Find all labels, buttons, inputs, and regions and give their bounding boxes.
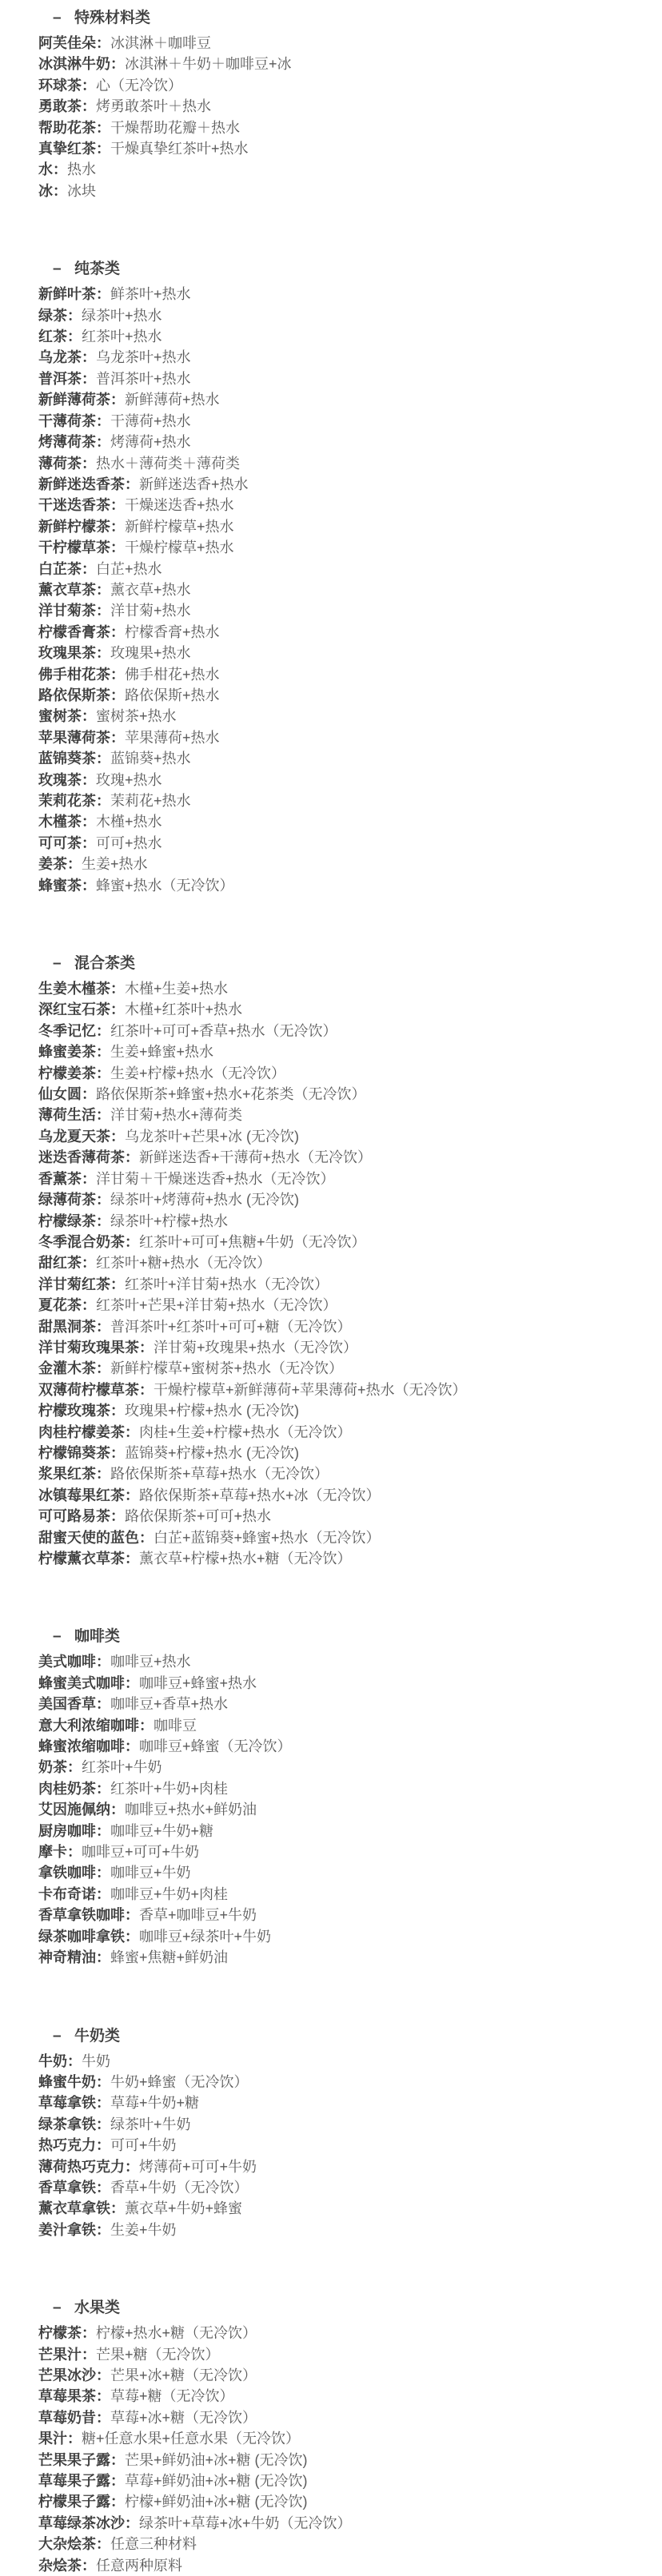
recipe-row: 新鲜叶茶：鲜茶叶+热水 [0, 284, 662, 305]
recipe-row: 冬季记忆：红茶叶+可可+香草+热水（无冷饮） [0, 1021, 662, 1041]
recipe-row: 蜜树茶：蜜树茶+热水 [0, 706, 662, 727]
recipe-ingredients: 香草+咖啡豆+牛奶 [139, 1907, 257, 1923]
recipe-ingredients: 路依保斯+热水 [125, 687, 220, 703]
recipe-section: –特殊材料类 阿芙佳朵：冰淇淋＋咖啡豆 冰淇淋牛奶：冰淇淋＋牛奶＋咖啡豆+冰 环… [0, 6, 662, 201]
recipe-row: 甜红茶：红茶叶+糖+热水（无冷饮） [0, 1252, 662, 1273]
recipe-row: 芒果果子露：芒果+鲜奶油+冰+糖 (无冷饮) [0, 2450, 662, 2470]
recipe-row: 芒果汁：芒果+糖（无冷饮） [0, 2344, 662, 2365]
recipe-ingredients: 冰淇淋＋牛奶＋咖啡豆+冰 [125, 56, 292, 72]
recipe-name: 热巧克力： [38, 2137, 110, 2153]
recipe-row: 神奇精油：蜂蜜+焦糖+鲜奶油 [0, 1947, 662, 1968]
recipe-name: 柠檬绿茶： [38, 1213, 110, 1229]
recipe-ingredients: 可可+牛奶 [110, 2137, 177, 2153]
recipe-ingredients: 咖啡豆+可可+牛奶 [82, 1844, 199, 1860]
recipe-row: 草莓奶昔：草莓+冰+糖（无冷饮） [0, 2407, 662, 2428]
recipe-name: 摩卡： [38, 1844, 82, 1860]
recipe-ingredients: 新鲜迷迭香+热水 [139, 476, 249, 492]
recipe-row: 香草拿铁咖啡：香草+咖啡豆+牛奶 [0, 1905, 662, 1925]
recipe-ingredients: 干燥帮助花瓣＋热水 [110, 120, 240, 136]
recipe-name: 草莓绿茶冰沙： [38, 2515, 139, 2531]
recipe-ingredients: 绿茶叶+烤薄荷+热水 (无冷饮) [110, 1192, 299, 1208]
recipe-name: 神奇精油： [38, 1949, 110, 1965]
section-title: 纯茶类 [74, 261, 120, 277]
recipe-row: 绿茶：绿茶叶+热水 [0, 305, 662, 326]
recipe-row: 新鲜薄荷茶：新鲜薄荷+热水 [0, 389, 662, 410]
recipe-row: 苹果薄荷茶：苹果薄荷+热水 [0, 727, 662, 748]
recipe-ingredients: 干燥迷迭香+热水 [125, 497, 234, 513]
recipe-ingredients: 咖啡豆+蜂蜜+热水 [139, 1675, 257, 1691]
recipe-name: 柠檬薰衣草茶： [38, 1551, 139, 1567]
recipe-name: 真挚红茶： [38, 141, 110, 157]
section-title: 牛奶类 [74, 2028, 120, 2044]
recipe-row: 柠檬绿茶：绿茶叶+柠檬+热水 [0, 1211, 662, 1232]
recipe-row: 薄荷生活：洋甘菊+热水+薄荷类 [0, 1105, 662, 1125]
recipe-ingredients: 红茶叶+热水 [82, 328, 162, 344]
recipe-ingredients: 冰淇淋＋咖啡豆 [110, 35, 211, 51]
section-header: –咖啡类 [0, 1625, 662, 1649]
recipe-row: 甜蜜天使的蓝色：白芷+蓝锦葵+蜂蜜+热水（无冷饮） [0, 1527, 662, 1548]
recipe-name: 蜂蜜姜茶： [38, 1044, 110, 1060]
recipe-row: 环球茶：心（无冷饮） [0, 75, 662, 96]
recipe-row: 肉桂柠檬姜茶：肉桂+生姜+柠檬+热水（无冷饮） [0, 1422, 662, 1443]
recipe-name: 勇敢茶： [38, 98, 96, 114]
recipe-row: 大杂烩茶：任意三种材料 [0, 2534, 662, 2554]
recipe-ingredients: 薰衣草+热水 [110, 582, 191, 598]
recipe-name: 玫瑰果茶： [38, 645, 110, 661]
recipe-row: 乌龙夏天茶：乌龙茶叶+芒果+冰 (无冷饮) [0, 1126, 662, 1147]
recipe-name: 艾因施佩纳： [38, 1802, 125, 1818]
recipe-row: 拿铁咖啡：咖啡豆+牛奶 [0, 1862, 662, 1883]
recipe-ingredients: 新鲜柠檬草+蜜树茶+热水（无冷饮） [110, 1360, 343, 1376]
recipe-document: –特殊材料类 阿芙佳朵：冰淇淋＋咖啡豆 冰淇淋牛奶：冰淇淋＋牛奶＋咖啡豆+冰 环… [0, 0, 662, 2576]
recipe-row: 洋甘菊茶：洋甘菊+热水 [0, 600, 662, 621]
recipe-row: 夏花茶：红茶叶+芒果+洋甘菊+热水（无冷饮） [0, 1295, 662, 1316]
recipe-ingredients: 柠檬+鲜奶油+冰+糖 (无冷饮) [125, 2494, 308, 2510]
recipe-name: 冰淇淋牛奶： [38, 56, 125, 72]
recipe-row: 仙女圆：路依保斯茶+蜂蜜+热水+花茶类（无冷饮） [0, 1084, 662, 1105]
recipe-name: 杂烩茶： [38, 2558, 96, 2574]
recipe-ingredients: 牛奶 [82, 2053, 110, 2069]
recipe-name: 玫瑰茶： [38, 772, 96, 788]
recipe-name: 草莓果子露： [38, 2473, 125, 2489]
recipe-section: –水果类 柠檬茶：柠檬+热水+糖（无冷饮） 芒果汁：芒果+糖（无冷饮） 芒果冰沙… [0, 2296, 662, 2576]
recipe-name: 大杂烩茶： [38, 2536, 110, 2552]
recipe-ingredients: 白芷+热水 [96, 561, 162, 577]
recipe-ingredients: 生姜+蜂蜜+热水 [110, 1044, 213, 1060]
recipe-name: 草莓拿铁： [38, 2095, 110, 2111]
section-items: 牛奶：牛奶 蜂蜜牛奶：牛奶+蜂蜜（无冷饮） 草莓拿铁：草莓+牛奶+糖 绿茶拿铁：… [0, 2051, 662, 2241]
recipe-name: 牛奶： [38, 2053, 82, 2069]
recipe-ingredients: 木槿+红茶叶+热水 [125, 1001, 242, 1017]
recipe-row: 草莓拿铁：草莓+牛奶+糖 [0, 2092, 662, 2113]
recipe-name: 苹果薄荷茶： [38, 730, 125, 746]
recipe-name: 乌龙夏天茶： [38, 1129, 125, 1145]
recipe-row: 芒果冰沙：芒果+冰+糖（无冷饮） [0, 2365, 662, 2386]
recipe-name: 薄荷茶： [38, 456, 96, 472]
recipe-row: 干柠檬草茶：干燥柠檬草+热水 [0, 537, 662, 558]
recipe-name: 新鲜柠檬茶： [38, 519, 125, 535]
recipe-name: 干薄荷茶： [38, 413, 110, 429]
section-header: –纯茶类 [0, 257, 662, 281]
recipe-ingredients: 红茶叶+可可+香草+热水（无冷饮） [110, 1023, 337, 1039]
recipe-row: 蜂蜜姜茶：生姜+蜂蜜+热水 [0, 1041, 662, 1062]
recipe-row: 草莓果子露：草莓+鲜奶油+冰+糖 (无冷饮) [0, 2470, 662, 2491]
recipe-name: 甜红茶： [38, 1255, 96, 1271]
recipe-row: 勇敢茶：烤勇敢茶叶＋热水 [0, 96, 662, 117]
recipe-name: 新鲜叶茶： [38, 286, 110, 302]
section-header: –水果类 [0, 2296, 662, 2320]
recipe-name: 芒果汁： [38, 2347, 96, 2363]
recipe-row: 摩卡：咖啡豆+可可+牛奶 [0, 1841, 662, 1862]
section-items: 柠檬茶：柠檬+热水+糖（无冷饮） 芒果汁：芒果+糖（无冷饮） 芒果冰沙：芒果+冰… [0, 2323, 662, 2576]
section-bullet-dash: – [53, 2025, 74, 2048]
recipe-ingredients: 香草+牛奶（无冷饮） [110, 2180, 249, 2196]
recipe-name: 香草拿铁： [38, 2180, 110, 2196]
recipe-ingredients: 任意三种材料 [110, 2536, 197, 2552]
recipe-row: 美国香草：咖啡豆+香草+热水 [0, 1694, 662, 1714]
recipe-row: 柠檬姜茶：生姜+柠檬+热水（无冷饮） [0, 1063, 662, 1084]
recipe-row: 蜂蜜牛奶：牛奶+蜂蜜（无冷饮） [0, 2072, 662, 2092]
section-bullet-dash: – [53, 952, 74, 976]
recipe-ingredients: 烤薄荷+可可+牛奶 [139, 2159, 257, 2175]
recipe-ingredients: 普洱茶叶+红茶叶+可可+糖（无冷饮） [110, 1319, 352, 1335]
recipe-row: 绿茶拿铁：绿茶叶+牛奶 [0, 2114, 662, 2135]
recipe-row: 茉莉花茶：茉莉花+热水 [0, 790, 662, 811]
recipe-ingredients: 乌龙茶叶+芒果+冰 (无冷饮) [125, 1129, 299, 1145]
recipe-ingredients: 牛奶+蜂蜜（无冷饮） [110, 2074, 249, 2090]
recipe-name: 迷迭香薄荷茶： [38, 1149, 139, 1165]
recipe-row: 真挚红茶：干燥真挚红茶叶+热水 [0, 138, 662, 159]
recipe-name: 香薰茶： [38, 1171, 96, 1187]
recipe-row: 牛奶：牛奶 [0, 2051, 662, 2072]
recipe-name: 白芷茶： [38, 561, 96, 577]
recipe-ingredients: 烤薄荷+热水 [110, 434, 191, 450]
recipe-name: 新鲜迷迭香茶： [38, 476, 139, 492]
recipe-row: 蜂蜜美式咖啡：咖啡豆+蜂蜜+热水 [0, 1673, 662, 1694]
recipe-list: –特殊材料类 阿芙佳朵：冰淇淋＋咖啡豆 冰淇淋牛奶：冰淇淋＋牛奶＋咖啡豆+冰 环… [0, 6, 662, 2576]
recipe-name: 金灌木茶： [38, 1360, 110, 1376]
recipe-ingredients: 薰衣草+牛奶+蜂蜜 [125, 2200, 242, 2216]
recipe-ingredients: 佛手柑花+热水 [125, 667, 220, 683]
recipe-row: 可可茶：可可+热水 [0, 833, 662, 854]
recipe-name: 生姜木槿茶： [38, 981, 125, 997]
recipe-ingredients: 芒果+鲜奶油+冰+糖 (无冷饮) [125, 2452, 308, 2468]
section-header: –牛奶类 [0, 2025, 662, 2048]
recipe-ingredients: 红茶叶+可可+焦糖+牛奶（无冷饮） [139, 1234, 366, 1250]
section-title: 水果类 [74, 2299, 120, 2316]
recipe-ingredients: 洋甘菊+玫瑰果+热水（无冷饮） [154, 1340, 357, 1356]
section-title: 特殊材料类 [74, 10, 150, 26]
recipe-section: –混合茶类 生姜木槿茶：木槿+生姜+热水 深红宝石茶：木槿+红茶叶+热水 冬季记… [0, 952, 662, 1569]
recipe-ingredients: 干燥真挚红茶叶+热水 [110, 141, 249, 157]
recipe-row: 冰：冰块 [0, 181, 662, 201]
recipe-ingredients: 干薄荷+热水 [110, 413, 191, 429]
recipe-ingredients: 普洱茶叶+热水 [96, 371, 191, 387]
recipe-ingredients: 草莓+冰+糖（无冷饮） [110, 2410, 257, 2426]
recipe-row: 姜茶：生姜+热水 [0, 854, 662, 874]
recipe-name: 干迷迭香茶： [38, 497, 125, 513]
recipe-row: 肉桂奶茶：红茶叶+牛奶+肉桂 [0, 1778, 662, 1799]
recipe-ingredients: 肉桂+生姜+柠檬+热水（无冷饮） [139, 1424, 352, 1440]
recipe-row: 果汁：糖+任意水果+任意水果（无冷饮） [0, 2428, 662, 2449]
recipe-ingredients: 咖啡豆+牛奶 [110, 1865, 191, 1881]
recipe-row: 蜂蜜茶：蜂蜜+热水（无冷饮） [0, 875, 662, 896]
section-title: 混合茶类 [74, 955, 135, 972]
recipe-name: 奶茶： [38, 1759, 82, 1775]
recipe-row: 木槿茶：木槿+热水 [0, 811, 662, 832]
section-bullet-dash: – [53, 1625, 74, 1649]
recipe-name: 姜茶： [38, 856, 82, 872]
recipe-row: 佛手柑花茶：佛手柑花+热水 [0, 664, 662, 685]
recipe-name: 水： [38, 161, 67, 177]
recipe-ingredients: 咖啡豆+绿茶叶+牛奶 [139, 1929, 271, 1945]
recipe-name: 洋甘菊茶： [38, 603, 110, 619]
recipe-ingredients: 洋甘菊+热水 [110, 603, 191, 619]
recipe-ingredients: 咖啡豆+蜂蜜（无冷饮） [139, 1738, 292, 1754]
recipe-row: 薄荷热巧克力：烤薄荷+可可+牛奶 [0, 2156, 662, 2177]
recipe-row: 蓝锦葵茶：蓝锦葵+热水 [0, 748, 662, 769]
recipe-row: 柠檬香膏茶：柠檬香膏+热水 [0, 622, 662, 643]
recipe-ingredients: 干燥柠檬草+热水 [125, 539, 234, 555]
recipe-ingredients: 红茶叶+牛奶 [82, 1759, 162, 1775]
recipe-row: 杂烩茶：任意两种原料 [0, 2555, 662, 2576]
recipe-name: 乌龙茶： [38, 349, 96, 365]
recipe-row: 红茶：红茶叶+热水 [0, 326, 662, 347]
recipe-ingredients: 红茶叶+芒果+洋甘菊+热水（无冷饮） [96, 1297, 337, 1313]
recipe-name: 甜黑洞茶： [38, 1319, 110, 1335]
recipe-ingredients: 烤勇敢茶叶＋热水 [96, 98, 211, 114]
recipe-ingredients: 芒果+冰+糖（无冷饮） [110, 2367, 257, 2383]
recipe-ingredients: 红茶叶+牛奶+肉桂 [110, 1781, 228, 1797]
recipe-name: 佛手柑花茶： [38, 667, 125, 683]
recipe-name: 甜蜜天使的蓝色： [38, 1530, 154, 1546]
recipe-name: 美式咖啡： [38, 1654, 110, 1670]
recipe-row: 艾因施佩纳：咖啡豆+热水+鲜奶油 [0, 1799, 662, 1820]
recipe-ingredients: 红茶叶+洋甘菊+热水（无冷饮） [125, 1276, 329, 1292]
recipe-ingredients: 心（无冷饮） [96, 78, 182, 94]
recipe-ingredients: 草莓+牛奶+糖 [110, 2095, 199, 2111]
recipe-row: 洋甘菊玫瑰果茶：洋甘菊+玫瑰果+热水（无冷饮） [0, 1337, 662, 1358]
recipe-name: 深红宝石茶： [38, 1001, 125, 1017]
recipe-row: 干迷迭香茶：干燥迷迭香+热水 [0, 495, 662, 516]
recipe-row: 热巧克力：可可+牛奶 [0, 2135, 662, 2156]
recipe-name: 柠檬香膏茶： [38, 624, 125, 640]
recipe-ingredients: 白芷+蓝锦葵+蜂蜜+热水（无冷饮） [154, 1530, 381, 1546]
recipe-ingredients: 咖啡豆+牛奶+肉桂 [110, 1886, 228, 1902]
section-items: 生姜木槿茶：木槿+生姜+热水 深红宝石茶：木槿+红茶叶+热水 冬季记忆：红茶叶+… [0, 978, 662, 1569]
recipe-row: 金灌木茶：新鲜柠檬草+蜜树茶+热水（无冷饮） [0, 1358, 662, 1379]
recipe-ingredients: 路依保斯茶+可可+热水 [125, 1508, 271, 1524]
recipe-ingredients: 冰块 [67, 183, 96, 199]
recipe-ingredients: 蜂蜜+焦糖+鲜奶油 [110, 1949, 228, 1965]
recipe-row: 奶茶：红茶叶+牛奶 [0, 1757, 662, 1778]
recipe-name: 蜜树茶： [38, 708, 96, 724]
recipe-ingredients: 玫瑰果+热水 [110, 645, 191, 661]
recipe-row: 薄荷茶：热水＋薄荷类＋薄荷类 [0, 453, 662, 474]
recipe-row: 迷迭香薄荷茶：新鲜迷迭香+干薄荷+热水（无冷饮） [0, 1147, 662, 1168]
recipe-name: 绿茶拿铁： [38, 2116, 110, 2132]
recipe-row: 草莓绿茶冰沙：绿茶叶+草莓+冰+牛奶（无冷饮） [0, 2513, 662, 2534]
recipe-row: 阿芙佳朵：冰淇淋＋咖啡豆 [0, 33, 662, 54]
recipe-name: 柠檬茶： [38, 2325, 96, 2341]
recipe-row: 薰衣草茶：薰衣草+热水 [0, 579, 662, 600]
recipe-name: 冰镇莓果红茶： [38, 1487, 139, 1503]
recipe-ingredients: 绿茶叶+草莓+冰+牛奶（无冷饮） [139, 2515, 352, 2531]
recipe-row: 烤薄荷茶：烤薄荷+热水 [0, 432, 662, 452]
recipe-ingredients: 玫瑰+热水 [96, 772, 162, 788]
recipe-ingredients: 玫瑰果+柠檬+热水 (无冷饮) [125, 1403, 299, 1419]
recipe-name: 蜂蜜牛奶： [38, 2074, 110, 2090]
recipe-ingredients: 蜂蜜+热水（无冷饮） [96, 878, 234, 894]
recipe-row: 乌龙茶：乌龙茶叶+热水 [0, 347, 662, 368]
recipe-row: 蜂蜜浓缩咖啡：咖啡豆+蜂蜜（无冷饮） [0, 1736, 662, 1757]
recipe-ingredients: 绿茶叶+柠檬+热水 [110, 1213, 228, 1229]
recipe-name: 薰衣草拿铁： [38, 2200, 125, 2216]
recipe-name: 新鲜薄荷茶： [38, 392, 125, 408]
recipe-ingredients: 草莓+鲜奶油+冰+糖 (无冷饮) [125, 2473, 308, 2489]
recipe-row: 帮助花茶：干燥帮助花瓣＋热水 [0, 117, 662, 138]
recipe-name: 干柠檬草茶： [38, 539, 125, 555]
section-items: 阿芙佳朵：冰淇淋＋咖啡豆 冰淇淋牛奶：冰淇淋＋牛奶＋咖啡豆+冰 环球茶：心（无冷… [0, 33, 662, 201]
recipe-row: 玫瑰茶：玫瑰+热水 [0, 770, 662, 790]
section-bullet-dash: – [53, 6, 74, 30]
recipe-name: 绿薄荷茶： [38, 1192, 110, 1208]
section-items: 美式咖啡：咖啡豆+热水 蜂蜜美式咖啡：咖啡豆+蜂蜜+热水 美国香草：咖啡豆+香草… [0, 1651, 662, 1968]
recipe-name: 冬季记忆： [38, 1023, 110, 1039]
recipe-row: 新鲜柠檬茶：新鲜柠檬草+热水 [0, 516, 662, 537]
recipe-name: 茉莉花茶： [38, 793, 110, 809]
recipe-name: 薄荷生活： [38, 1107, 110, 1123]
recipe-section: –牛奶类 牛奶：牛奶 蜂蜜牛奶：牛奶+蜂蜜（无冷饮） 草莓拿铁：草莓+牛奶+糖 … [0, 2025, 662, 2241]
recipe-name: 红茶： [38, 328, 82, 344]
recipe-name: 意大利浓缩咖啡： [38, 1718, 154, 1734]
recipe-ingredients: 茉莉花+热水 [110, 793, 191, 809]
recipe-ingredients: 木槿+热水 [96, 814, 162, 830]
recipe-name: 绿茶： [38, 308, 82, 324]
recipe-ingredients: 咖啡豆+香草+热水 [110, 1696, 228, 1712]
recipe-ingredients: 咖啡豆+热水 [110, 1654, 191, 1670]
recipe-name: 姜汁拿铁： [38, 2222, 110, 2238]
recipe-name: 草莓果茶： [38, 2388, 110, 2404]
recipe-row: 绿茶咖啡拿铁：咖啡豆+绿茶叶+牛奶 [0, 1926, 662, 1947]
section-bullet-dash: – [53, 257, 74, 281]
recipe-name: 可可路易茶： [38, 1508, 125, 1524]
recipe-ingredients: 绿茶叶+牛奶 [110, 2116, 191, 2132]
section-title: 咖啡类 [74, 1628, 120, 1645]
recipe-ingredients: 苹果薄荷+热水 [125, 730, 220, 746]
recipe-name: 蜂蜜美式咖啡： [38, 1675, 139, 1691]
recipe-row: 玫瑰果茶：玫瑰果+热水 [0, 643, 662, 663]
recipe-ingredients: 生姜+柠檬+热水（无冷饮） [110, 1065, 285, 1081]
recipe-ingredients: 任意两种原料 [96, 2558, 182, 2574]
recipe-name: 厨房咖啡： [38, 1823, 110, 1839]
recipe-row: 生姜木槿茶：木槿+生姜+热水 [0, 978, 662, 999]
recipe-name: 可可茶： [38, 835, 96, 851]
recipe-name: 蓝锦葵茶： [38, 751, 110, 766]
recipe-ingredients: 新鲜薄荷+热水 [125, 392, 220, 408]
recipe-row: 路依保斯茶：路依保斯+热水 [0, 685, 662, 706]
recipe-ingredients: 鲜茶叶+热水 [110, 286, 191, 302]
recipe-name: 帮助花茶： [38, 120, 110, 136]
section-bullet-dash: – [53, 2296, 74, 2320]
recipe-ingredients: 柠檬香膏+热水 [125, 624, 220, 640]
recipe-row: 柠檬薰衣草茶：薰衣草+柠檬+热水+糖（无冷饮） [0, 1548, 662, 1569]
recipe-name: 果汁： [38, 2431, 82, 2447]
recipe-ingredients: 咖啡豆+牛奶+糖 [110, 1823, 213, 1839]
recipe-row: 绿薄荷茶：绿茶叶+烤薄荷+热水 (无冷饮) [0, 1189, 662, 1210]
recipe-row: 甜黑洞茶：普洱茶叶+红茶叶+可可+糖（无冷饮） [0, 1316, 662, 1337]
section-header: –混合茶类 [0, 952, 662, 976]
recipe-ingredients: 热水 [67, 161, 96, 177]
recipe-name: 蜂蜜茶： [38, 878, 96, 894]
recipe-name: 阿芙佳朵： [38, 35, 110, 51]
recipe-ingredients: 芒果+糖（无冷饮） [96, 2347, 220, 2363]
recipe-ingredients: 干燥柠檬草+新鲜薄荷+苹果薄荷+热水（无冷饮） [154, 1382, 467, 1398]
recipe-ingredients: 新鲜迷迭香+干薄荷+热水（无冷饮） [139, 1149, 372, 1165]
recipe-ingredients: 红茶叶+糖+热水（无冷饮） [96, 1255, 271, 1271]
recipe-name: 普洱茶： [38, 371, 96, 387]
recipe-row: 冬季混合奶茶：红茶叶+可可+焦糖+牛奶（无冷饮） [0, 1232, 662, 1252]
recipe-ingredients: 绿茶叶+热水 [82, 308, 162, 324]
recipe-row: 柠檬茶：柠檬+热水+糖（无冷饮） [0, 2323, 662, 2343]
recipe-ingredients: 乌龙茶叶+热水 [96, 349, 191, 365]
recipe-name: 柠檬锦葵茶： [38, 1445, 125, 1461]
recipe-name: 木槿茶： [38, 814, 96, 830]
recipe-name: 绿茶咖啡拿铁： [38, 1929, 139, 1945]
recipe-name: 美国香草： [38, 1696, 110, 1712]
recipe-row: 干薄荷茶：干薄荷+热水 [0, 411, 662, 432]
recipe-name: 洋甘菊红茶： [38, 1276, 125, 1292]
recipe-row: 意大利浓缩咖啡：咖啡豆 [0, 1715, 662, 1736]
recipe-row: 柠檬锦葵茶：蓝锦葵+柠檬+热水 (无冷饮) [0, 1443, 662, 1463]
recipe-name: 双薄荷柠檬草茶： [38, 1382, 154, 1398]
recipe-row: 双薄荷柠檬草茶：干燥柠檬草+新鲜薄荷+苹果薄荷+热水（无冷饮） [0, 1380, 662, 1400]
recipe-row: 姜汁拿铁：生姜+牛奶 [0, 2220, 662, 2240]
recipe-name: 芒果冰沙： [38, 2367, 110, 2383]
recipe-name: 芒果果子露： [38, 2452, 125, 2468]
recipe-row: 厨房咖啡：咖啡豆+牛奶+糖 [0, 1821, 662, 1841]
recipe-row: 洋甘菊红茶：红茶叶+洋甘菊+热水（无冷饮） [0, 1274, 662, 1295]
recipe-ingredients: 咖啡豆+热水+鲜奶油 [125, 1802, 257, 1818]
recipe-row: 深红宝石茶：木槿+红茶叶+热水 [0, 999, 662, 1020]
recipe-row: 柠檬果子露：柠檬+鲜奶油+冰+糖 (无冷饮) [0, 2491, 662, 2512]
section-header: –特殊材料类 [0, 6, 662, 30]
recipe-ingredients: 木槿+生姜+热水 [125, 981, 228, 997]
recipe-ingredients: 草莓+糖（无冷饮） [110, 2388, 234, 2404]
recipe-ingredients: 糖+任意水果+任意水果（无冷饮） [82, 2431, 300, 2447]
recipe-ingredients: 路依保斯茶+草莓+热水+冰（无冷饮） [139, 1487, 381, 1503]
recipe-name: 仙女圆： [38, 1086, 96, 1102]
recipe-name: 浆果红茶： [38, 1466, 110, 1482]
recipe-ingredients: 新鲜柠檬草+热水 [125, 519, 234, 535]
recipe-row: 香草拿铁：香草+牛奶（无冷饮） [0, 2177, 662, 2198]
recipe-row: 普洱茶：普洱茶叶+热水 [0, 368, 662, 389]
recipe-row: 卡布奇诺：咖啡豆+牛奶+肉桂 [0, 1884, 662, 1905]
recipe-name: 夏花茶： [38, 1297, 96, 1313]
recipe-ingredients: 柠檬+热水+糖（无冷饮） [96, 2325, 257, 2341]
section-items: 新鲜叶茶：鲜茶叶+热水 绿茶：绿茶叶+热水 红茶：红茶叶+热水 乌龙茶：乌龙茶叶… [0, 284, 662, 896]
recipe-ingredients: 路依保斯茶+草莓+热水（无冷饮） [110, 1466, 329, 1482]
recipe-section: –纯茶类 新鲜叶茶：鲜茶叶+热水 绿茶：绿茶叶+热水 红茶：红茶叶+热水 乌龙茶… [0, 257, 662, 896]
recipe-name: 肉桂奶茶： [38, 1781, 110, 1797]
recipe-row: 浆果红茶：路依保斯茶+草莓+热水（无冷饮） [0, 1463, 662, 1484]
recipe-row: 白芷茶：白芷+热水 [0, 559, 662, 579]
recipe-name: 薄荷热巧克力： [38, 2159, 139, 2175]
recipe-name: 冬季混合奶茶： [38, 1234, 139, 1250]
recipe-row: 可可路易茶：路依保斯茶+可可+热水 [0, 1506, 662, 1527]
recipe-row: 柠檬玫瑰茶：玫瑰果+柠檬+热水 (无冷饮) [0, 1400, 662, 1421]
recipe-row: 香薰茶：洋甘菊＋干燥迷迭香+热水（无冷饮） [0, 1169, 662, 1189]
